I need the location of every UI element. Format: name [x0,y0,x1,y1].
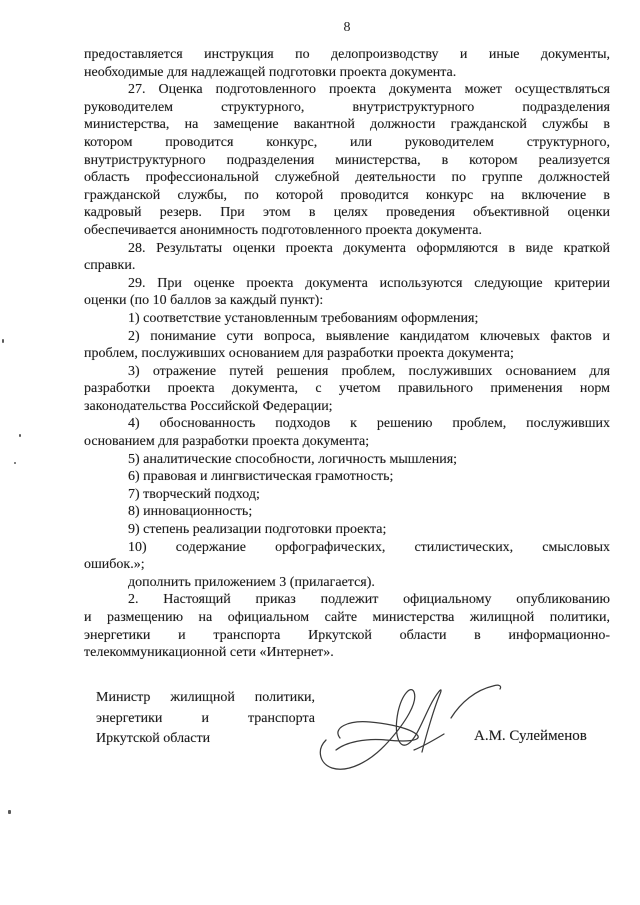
text-line: 5) аналитические способности, логичность… [84,451,610,469]
text-line: область профессиональной служебной деяте… [84,169,610,187]
text-line: 27. Оценка подготовленного проекта докум… [84,81,610,99]
signatory-title-line: Иркутской области [96,729,315,750]
text-line: 3) отражение путей решения проблем, посл… [84,363,610,381]
text-line: 28. Результаты оценки проекта документа … [84,240,610,258]
text-line: разработки проекта документа, с учетом п… [84,380,610,398]
text-line: министерства, на замещение вакантной дол… [84,116,610,134]
text-line: телекоммуникационной сети «Интернет». [84,644,610,662]
text-line: оценки (по 10 баллов за каждый пункт): [84,292,610,310]
signatory-title: Министр жилищной политики,энергетики и т… [96,688,315,750]
text-line: котором проводится конкурс, или руководи… [84,134,610,152]
text-line: 4) обоснованность подходов к решению про… [84,415,610,433]
text-line: проблем, послуживших основанием для разр… [84,345,610,363]
text-line: 9) степень реализации подготовки проекта… [84,521,610,539]
signatory-title-line: энергетики и транспорта [96,709,315,730]
text-line: 2. Настоящий приказ подлежит официальном… [84,591,610,609]
document-body: предоставляется инструкция по делопроизв… [84,46,610,662]
text-line: дополнить приложением 3 (прилагается). [84,574,610,592]
text-line: законодательства Российской Федерации; [84,398,610,416]
scan-speck [8,810,11,814]
text-line: гражданской службы, по которой проводитс… [84,187,610,205]
text-line: руководителем структурного, внутриструкт… [84,99,610,117]
text-line: 6) правовая и лингвистическая грамотност… [84,468,610,486]
text-line: 1) соответствие установленным требования… [84,310,610,328]
text-line: 29. При оценке проекта документа использ… [84,275,610,293]
scan-speck [14,462,16,464]
signatory-name: А.М. Сулейменов [474,728,587,745]
document-page: 8 предоставляется инструкция по делопрои… [0,0,640,905]
text-line: основанием для разработки проекта докуме… [84,433,610,451]
text-line: кадровый резерв. При этом в целях провед… [84,204,610,222]
scan-speck [2,339,4,343]
text-line: внутриструктурного подразделения министе… [84,152,610,170]
text-line: справки. [84,257,610,275]
text-line: необходимые для надлежащей подготовки пр… [84,64,610,82]
scan-speck [19,434,21,437]
text-line: и размещению на официальном сайте минист… [84,609,610,627]
text-line: 8) инновационность; [84,503,610,521]
text-line: энергетики и транспорта Иркутской област… [84,627,610,645]
text-line: 10) содержание орфографических, стилисти… [84,539,610,557]
text-line: ошибок.»; [84,556,610,574]
text-line: 7) творческий подход; [84,486,610,504]
signatory-title-line: Министр жилищной политики, [96,688,315,709]
text-line: предоставляется инструкция по делопроизв… [84,46,610,64]
text-line: 2) понимание сути вопроса, выявление кан… [84,328,610,346]
page-number: 8 [84,20,610,36]
text-line: обеспечивается анонимность подготовленно… [84,222,610,240]
